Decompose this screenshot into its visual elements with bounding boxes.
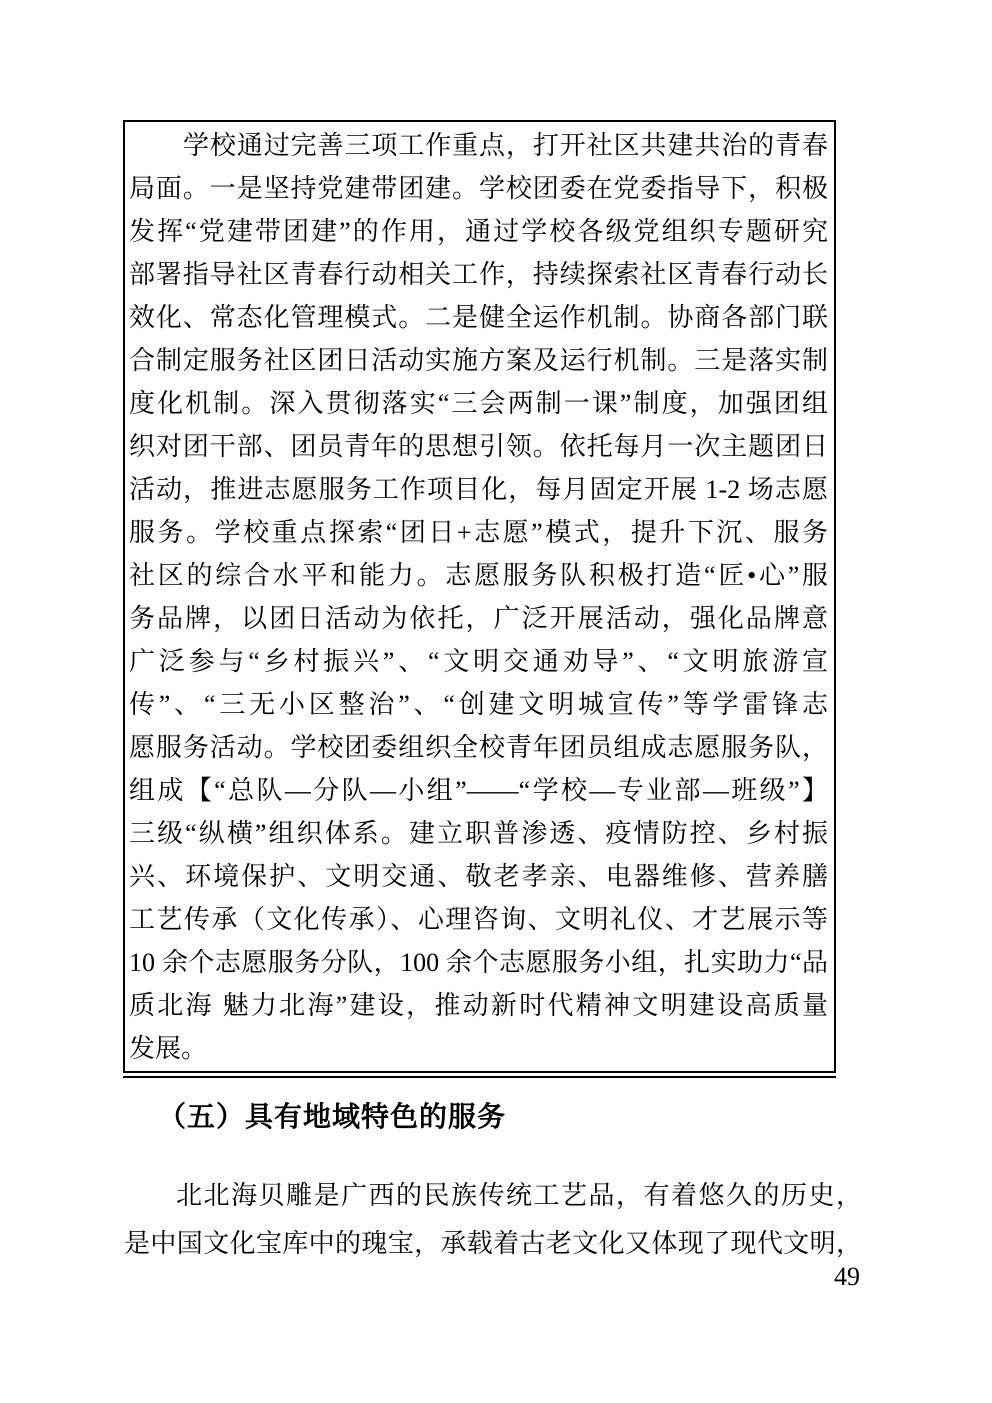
box-text-line: 活动，推进志愿服务工作项目化，每月固定开展 1-2 场志愿 — [129, 468, 828, 511]
box-text-line: 质北海 魅力北海”建设，推动新时代精神文明建设高质量 — [129, 984, 828, 1027]
paragraph-line: 北北海贝雕是广西的民族传统工艺品，有着悠久的历史， — [124, 1172, 862, 1220]
document-page: 学校通过完善三项工作重点，打开社区共建共治的青春局面。一是坚持党建带团建。学校团… — [0, 0, 992, 1403]
boxed-paragraph: 学校通过完善三项工作重点，打开社区共建共治的青春局面。一是坚持党建带团建。学校团… — [123, 120, 836, 1073]
box-text-line: 发挥“党建带团建”的作用，通过学校各级党组织专题研究 — [129, 210, 828, 253]
boxed-paragraph-lines: 学校通过完善三项工作重点，打开社区共建共治的青春局面。一是坚持党建带团建。学校团… — [129, 124, 828, 1070]
box-text-line: 广泛参与“乡村振兴”、“文明交通劝导”、“文明旅游宣 — [129, 640, 828, 683]
box-text-line: 组成【“总队—分队—小组”——“学校—专业部—班级”】 — [129, 769, 828, 812]
body-paragraph: 北北海贝雕是广西的民族传统工艺品，有着悠久的历史，是中国文化宝库中的瑰宝，承载着… — [124, 1172, 862, 1268]
box-text-line: 愿服务活动。学校团委组织全校青年团员组成志愿服务队， — [129, 726, 828, 769]
box-text-line: 三级“纵横”组织体系。建立职普渗透、疫情防控、乡村振 — [129, 812, 828, 855]
box-text-line: 10 余个志愿服务分队，100 余个志愿服务小组，扎实助力“品 — [129, 941, 828, 984]
box-text-line: 务品牌，以团日活动为依托，广泛开展活动，强化品牌意识。 — [129, 597, 828, 640]
box-text-line: 社区的综合水平和能力。志愿服务队积极打造“匠•心”服 — [129, 554, 828, 597]
box-text-line: 织对团干部、团员青年的思想引领。依托每月一次主题团日 — [129, 425, 828, 468]
box-text-line: 合制定服务社区团日活动实施方案及运行机制。三是落实制 — [129, 339, 828, 382]
box-text-line: 部署指导社区青春行动相关工作，持续探索社区青春行动长 — [129, 253, 828, 296]
box-text-line: 服务。学校重点探索“团日+志愿”模式，提升下沉、服务 — [129, 511, 828, 554]
section-heading: （五）具有地域特色的服务 — [123, 1098, 860, 1138]
box-text-line: 发展。 — [129, 1027, 828, 1070]
box-text-line: 学校通过完善三项工作重点，打开社区共建共治的青春 — [129, 124, 828, 167]
box-text-line: 效化、常态化管理模式。二是健全运作机制。协商各部门联 — [129, 296, 828, 339]
box-text-line: 兴、环境保护、文明交通、敬老孝亲、电器维修、营养膳食、 — [129, 855, 828, 898]
box-text-line: 工艺传承（文化传承）、心理咨询、文明礼仪、才艺展示等 — [129, 898, 828, 941]
box-text-line: 传”、“三无小区整治”、“创建文明城宣传”等学雷锋志 — [129, 683, 828, 726]
box-text-line: 度化机制。深入贯彻落实“三会两制一课”制度，加强团组 — [129, 382, 828, 425]
page-number: 49 — [123, 1260, 860, 1294]
body-paragraph-lines: 北北海贝雕是广西的民族传统工艺品，有着悠久的历史，是中国文化宝库中的瑰宝，承载着… — [124, 1172, 862, 1268]
box-text-line: 局面。一是坚持党建带团建。学校团委在党委指导下，积极 — [129, 167, 828, 210]
